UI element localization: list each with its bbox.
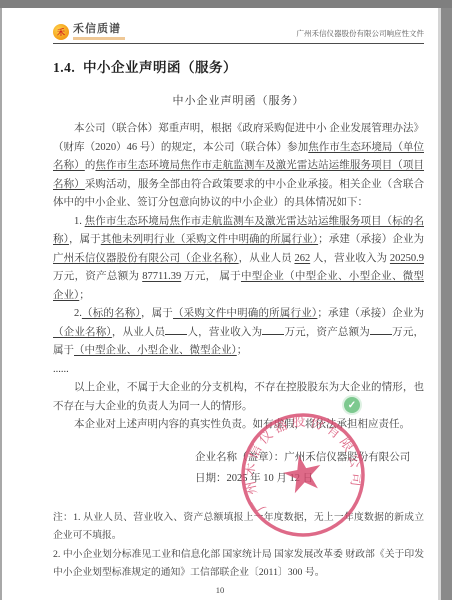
text-run: 的 [85, 160, 96, 171]
footnotes: 注：1. 从业人员、营业收入、资产总额填报上一年度数据，无上一年度数据的新成立企… [53, 509, 424, 583]
blank-assets-field [370, 324, 392, 335]
section-number: 1.4. [53, 60, 75, 75]
text-run: ； [237, 345, 248, 356]
text-run: ；承建（承接）企业为 [317, 308, 424, 319]
underlined-subject-placeholder: （标的名称） [82, 308, 141, 319]
text-run: 2. [74, 308, 82, 319]
verified-check-icon: ✓ [344, 397, 360, 413]
underlined-industry: 其他未列明行业（采购文件中明确的所属行业） [101, 234, 318, 245]
underlined-assets: 87711.39 [142, 271, 181, 282]
ellipsis-line: ...... [53, 361, 424, 380]
blank-revenue-field [262, 324, 284, 335]
signature-date-line: 日期：2025 年 10 月 12 日 [195, 468, 424, 489]
text-run: 万元， 属于 [181, 271, 241, 282]
declaration-title: 中小企业声明函（服务） [53, 92, 424, 108]
underlined-company-name: 广州禾信仪器股份有限公司（企业名称） [53, 253, 239, 264]
date-label: 日期： [195, 473, 227, 484]
signature-company-line: 企业名称（盖章）：广州禾信仪器股份有限公司 [195, 447, 424, 468]
section-heading: 1.4. 中小企业声明函（服务） [53, 56, 424, 76]
company-logo: 禾 禾信质谱 [53, 24, 125, 40]
text-run: ； [79, 290, 90, 301]
page-header: 禾 禾信质谱 广州禾信仪器股份有限公司响应性文件 [53, 24, 424, 40]
header-divider [53, 43, 424, 44]
text-run: 万元，资产总额为 [53, 271, 142, 282]
document-reference: 广州禾信仪器股份有限公司响应性文件 [297, 28, 425, 40]
text-run: ，从业人员 [112, 327, 165, 338]
text-run: ，从业人员 [239, 253, 295, 264]
logo-tagline-bar [73, 37, 125, 40]
text-run: 人，营业收入为 [187, 327, 262, 338]
footnote-2: 2. 中小企业划分标准见工业和信息化部 国家统计局 国家发展改革委 财政部《关于… [53, 546, 424, 583]
text-run: 万元，资产总额为 [284, 327, 370, 338]
paragraph-item1: 1. 焦作市生态环境局焦作市走航监测车及激光雷达站运维服务项目（标的名称），属于… [53, 213, 424, 306]
page-number: 10 [2, 585, 438, 595]
viewer-top-margin [0, 0, 452, 8]
underlined-industry-placeholder: （采购文件中明确的所属行业） [173, 308, 317, 319]
text-run: ；承建（承接）企业为 [318, 234, 424, 245]
underlined-revenue: 20250.9 [390, 253, 424, 264]
page-content: 禾 禾信质谱 广州禾信仪器股份有限公司响应性文件 1.4. 中小企业声明函（服务… [2, 8, 438, 600]
paragraph-responsibility: 本企业对上述声明内容的真实性负责。如有虚假，将依法承担相应责任。 [53, 416, 424, 435]
viewer-right-margin [438, 8, 452, 600]
paragraph-item2: 2.（标的名称），属于（采购文件中明确的所属行业）；承建（承接）企业为（企业名称… [53, 305, 424, 361]
document-page: 禾 禾信质谱 广州禾信仪器股份有限公司响应性文件 1.4. 中小企业声明函（服务… [0, 0, 452, 600]
paragraph-intro: 本公司（联合体）郑重声明，根据《政府采购促进中小 企业发展管理办法》（财库（20… [53, 120, 424, 213]
company-seal-label: 企业名称（盖章）： [195, 452, 284, 463]
text-run: 人，营业收入为 [310, 253, 390, 264]
company-name: 广州禾信仪器股份有限公司 [284, 452, 410, 463]
signature-block: 企业名称（盖章）：广州禾信仪器股份有限公司 日期：2025 年 10 月 12 … [195, 447, 424, 489]
text-run: 1. [74, 216, 85, 227]
text-run: ，属于 [141, 308, 173, 319]
section-title: 中小企业声明函（服务） [83, 60, 237, 75]
footnote-1: 注：1. 从业人员、营业收入、资产总额填报上一年度数据，无上一年度数据的新成立企… [53, 509, 424, 546]
paragraph-no-affiliation: 以上企业，不属于大企业的分支机构，不存在控股股东为大企业的情形，也不存在与大企业… [53, 379, 424, 416]
date-value: 2025 年 10 月 12 日 [227, 473, 314, 484]
blank-employees-field [165, 324, 187, 335]
logo-wordmark: 禾信质谱 [73, 24, 125, 35]
text-run: ，属于 [69, 234, 101, 245]
underlined-type-placeholder: （中型企业、小型企业、微型企业） [74, 345, 237, 356]
underlined-company-placeholder: （企业名称） [53, 327, 112, 338]
underlined-employees: 262 [294, 253, 310, 264]
logo-icon: 禾 [53, 24, 69, 40]
text-run: 采购活动，服务全部由符合政策要求的中小企业承接。相关企业（含联合体中的中小企业、… [53, 179, 424, 209]
